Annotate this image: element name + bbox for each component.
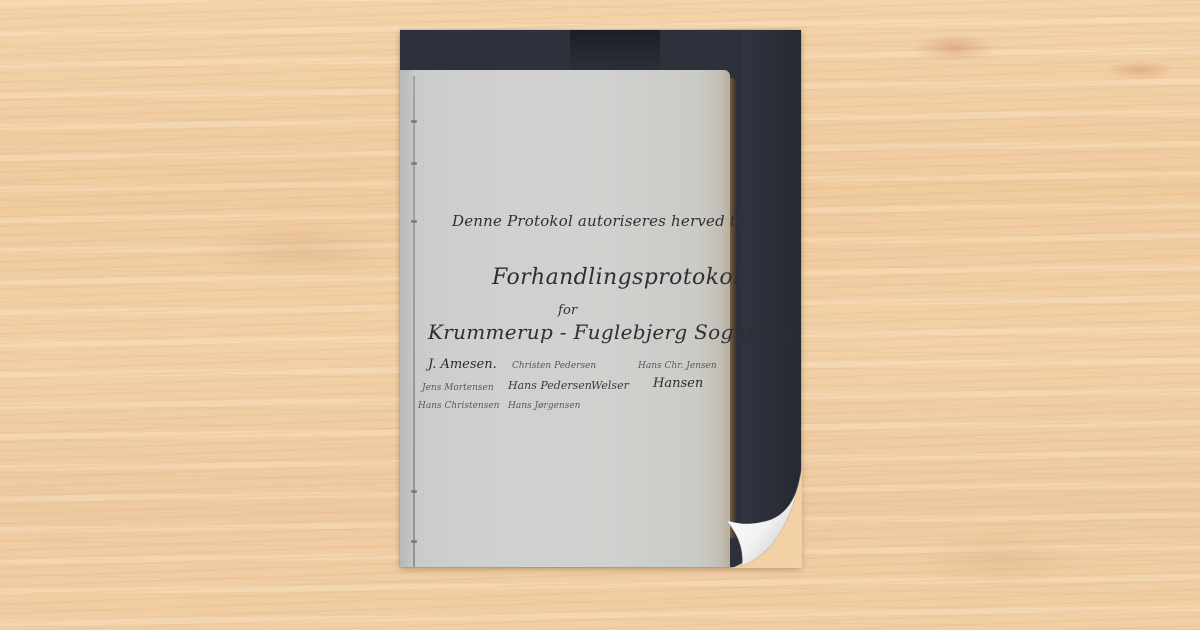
- signature: J. Amesen.: [428, 357, 497, 372]
- signature: Jens Mortensen: [422, 383, 494, 393]
- binding-stitch: [411, 220, 417, 223]
- connector-word: for: [558, 303, 577, 318]
- book-cover: [742, 30, 801, 567]
- signature: Hansen: [653, 376, 703, 391]
- binding-thread: [413, 76, 415, 567]
- binding-stitch: [411, 540, 417, 543]
- book-page: Denne Protokol autoriseres herved til Fo…: [400, 70, 730, 567]
- binding-stitch: [411, 490, 417, 493]
- signature: Hans Christensen: [418, 401, 499, 411]
- heading-line: Denne Protokol autoriseres herved til: [452, 212, 746, 230]
- document-subject: Krummerup - Fuglebjerg Sogneraad.: [428, 320, 801, 344]
- cover-reflection: [570, 30, 660, 75]
- signature: Hans Chr. Jensen: [638, 361, 717, 371]
- page-gutter: [400, 70, 412, 567]
- binding-stitch: [411, 120, 417, 123]
- signature: Hans Jørgensen: [508, 401, 580, 411]
- binding-stitch: [411, 162, 417, 165]
- signature: Welser: [591, 379, 629, 392]
- book-photo: Denne Protokol autoriseres herved til Fo…: [400, 30, 801, 567]
- document-title: Forhandlingsprotokol: [492, 265, 741, 290]
- signature: Christen Pedersen: [512, 361, 596, 371]
- signature: Hans Pedersen: [508, 379, 592, 392]
